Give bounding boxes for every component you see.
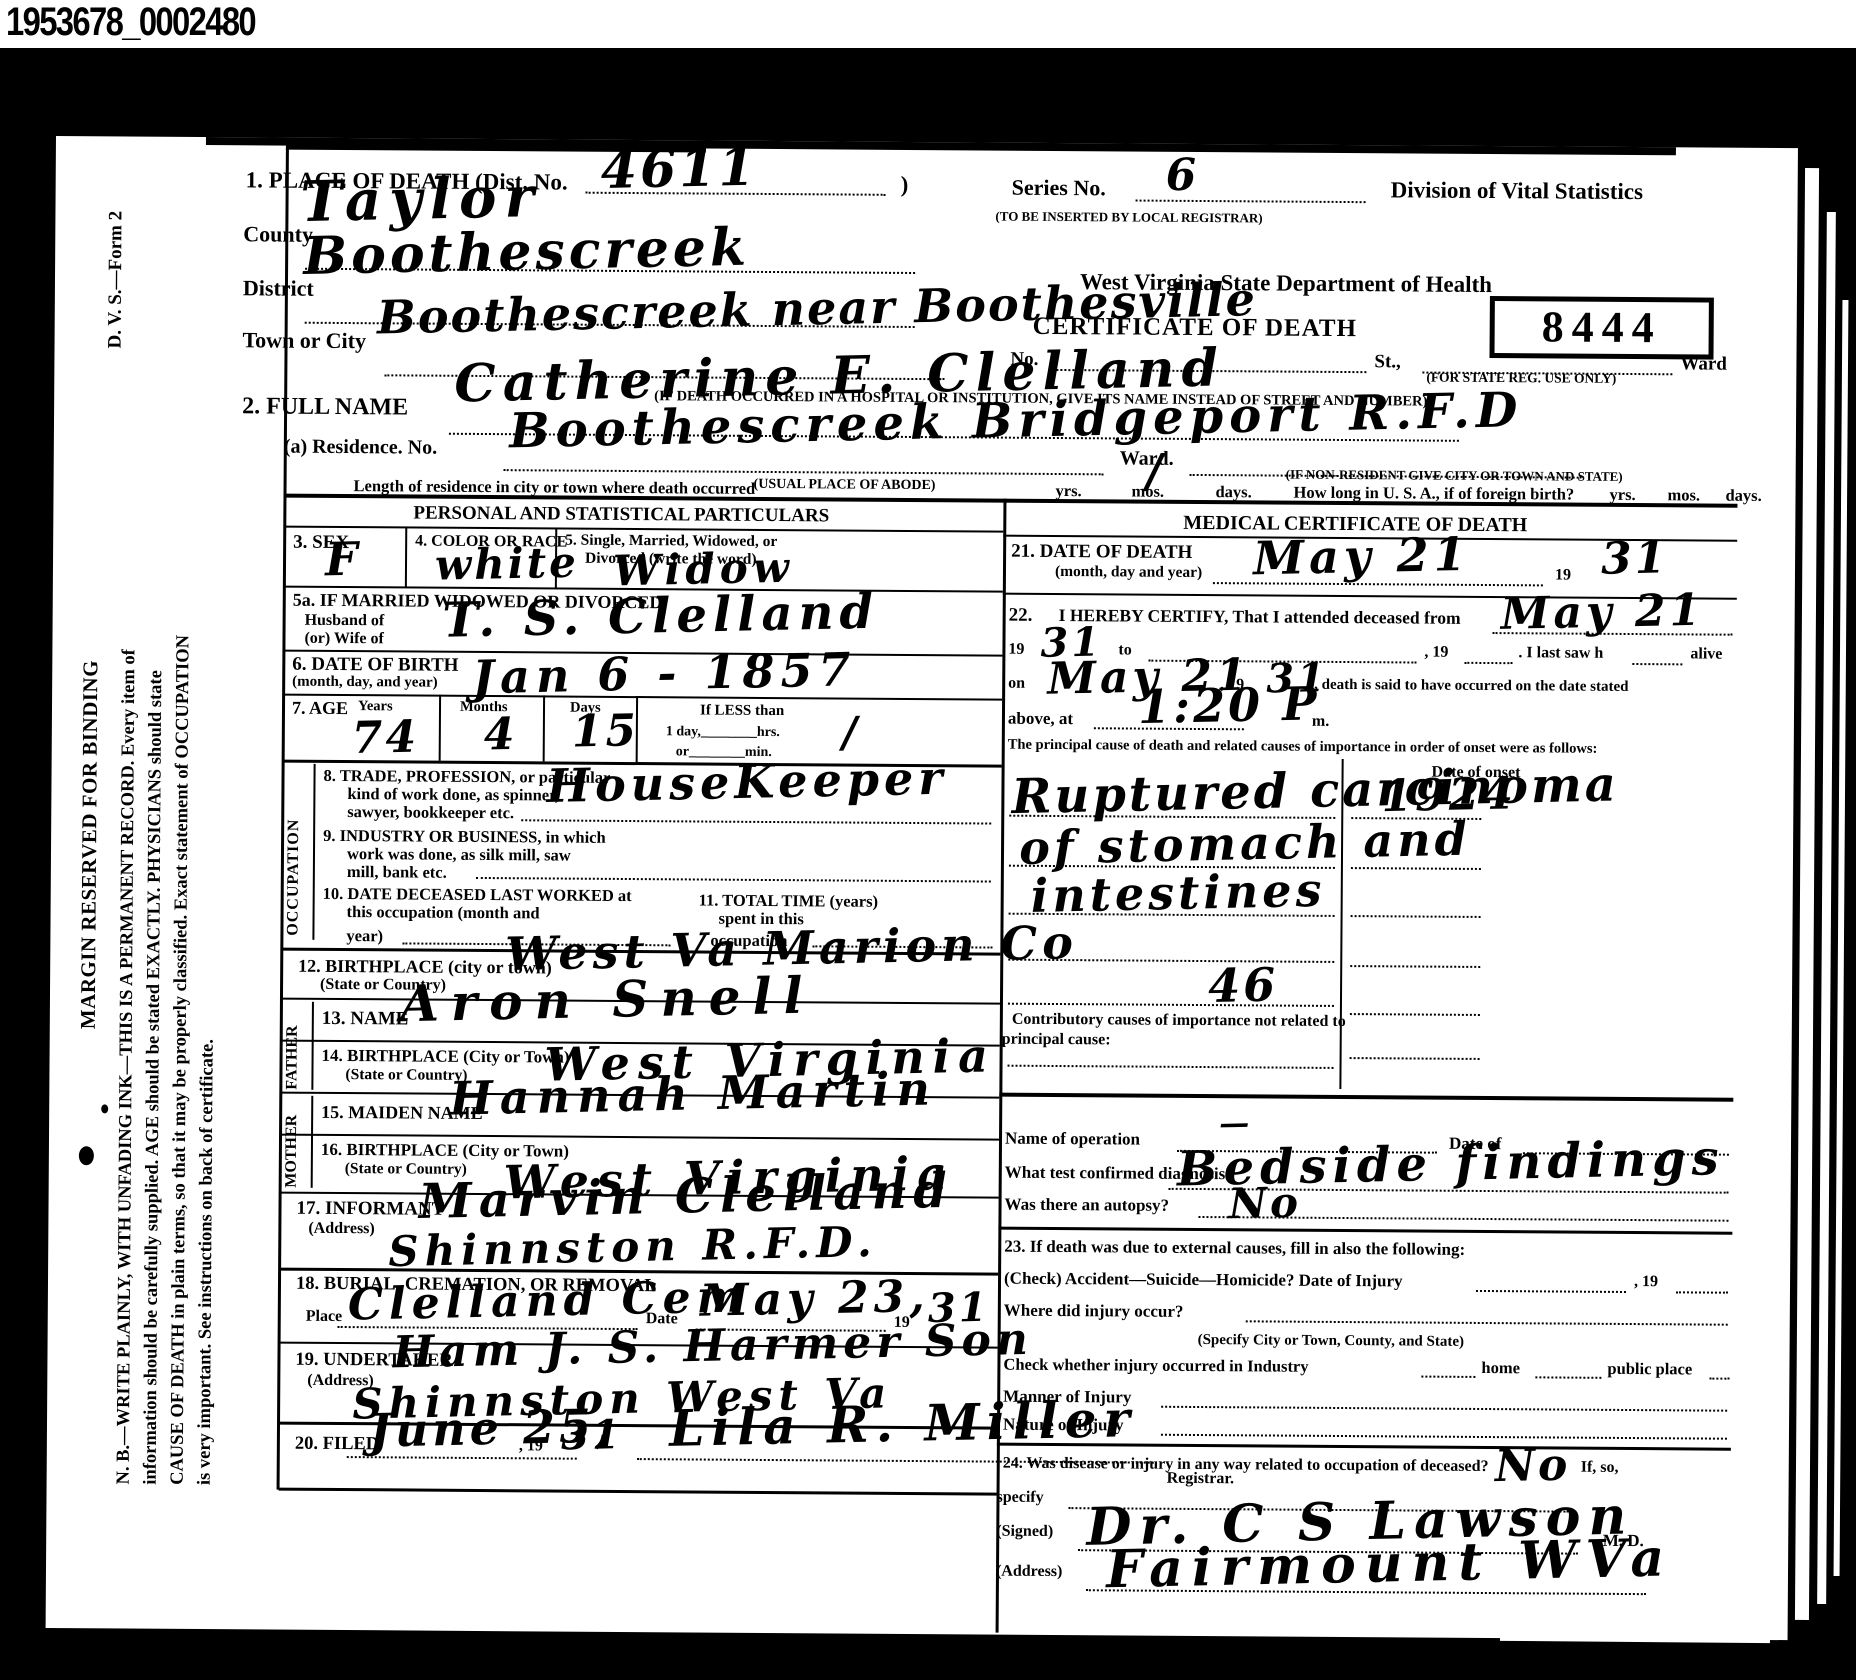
manner-label: Manner of Injury xyxy=(1003,1387,1131,1408)
father-side-label: FATHER xyxy=(283,1002,302,1090)
time-of-death-value: 1:20 P xyxy=(1138,676,1321,734)
last-saw-label: . I last saw h xyxy=(1518,644,1603,663)
slash-mark: / xyxy=(841,707,860,756)
public-place-label: public place xyxy=(1607,1359,1692,1380)
m-label: m. xyxy=(1312,713,1329,731)
paren: ) xyxy=(901,172,909,198)
industry-label: Check whether injury occurred in Industr… xyxy=(1003,1355,1308,1377)
ward-label: Ward xyxy=(1680,353,1727,375)
ruled-line xyxy=(1351,867,1481,870)
contributory-label-1: Contributory causes of importance not re… xyxy=(1012,1011,1346,1031)
autopsy-label: Was there an autopsy? xyxy=(1004,1195,1169,1216)
rule xyxy=(439,695,441,761)
father-name-value: Aron Snell xyxy=(399,966,815,1034)
ruled-line xyxy=(1008,1003,1334,1007)
ink-blot xyxy=(101,1104,108,1113)
yrs-label: yrs. xyxy=(1055,481,1081,501)
scan-id: 1953678_0002480 xyxy=(6,0,255,45)
date-of-death-value: May 21 xyxy=(1253,527,1472,586)
ruled-line xyxy=(521,819,991,824)
burial-place-label: Place xyxy=(306,1308,343,1326)
rule xyxy=(311,1002,314,1090)
above-at-label: above, at xyxy=(1008,709,1073,729)
if-so-label: If, so, xyxy=(1581,1459,1619,1477)
scan-header-strip: 1953678_0002480 xyxy=(0,0,1856,48)
autopsy-value: No xyxy=(1228,1178,1301,1229)
f24-label: 24. Was disease or injury in any way rel… xyxy=(1003,1455,1489,1476)
ruled-line xyxy=(504,469,1104,475)
series-no-value: 6 xyxy=(1165,150,1200,202)
to-19-label: , 19 xyxy=(1424,644,1448,662)
f9-label-3: mill, bank etc. xyxy=(347,862,447,883)
f8-label-3: sawyer, bookkeeper etc. xyxy=(347,802,514,823)
principal-cause-label: The principal cause of death and related… xyxy=(1008,737,1598,758)
rule xyxy=(543,695,545,761)
age-label: 7. AGE xyxy=(292,698,348,719)
personal-title: PERSONAL AND STATISTICAL PARTICULARS xyxy=(413,503,829,528)
ruled-line xyxy=(1136,200,1366,204)
rule xyxy=(405,526,407,586)
days-value: 15 xyxy=(571,705,639,757)
rule xyxy=(279,1488,997,1496)
sheet-edge xyxy=(1795,168,1819,1620)
specify-city-note: (Specify City or Town, County, and State… xyxy=(1198,1332,1465,1351)
signed-label: (Signed) xyxy=(996,1523,1053,1541)
occupation-side-label: OCCUPATION xyxy=(284,766,303,936)
f10-label-3: year) xyxy=(346,926,383,946)
nature-label: Nature of Injury xyxy=(1003,1415,1124,1436)
scanned-death-certificate: { "scan_id": "1953678_0002480", "margin"… xyxy=(0,0,1856,1680)
f13-label: 13. NAME xyxy=(322,1008,409,1031)
f10-label-2: this occupation (month and xyxy=(347,902,540,923)
ruled-line xyxy=(1464,662,1512,664)
mother-maiden-name-value: Hannah Martin xyxy=(449,1061,938,1125)
rule xyxy=(555,527,557,587)
full-name-label: 2. FULL NAME xyxy=(242,393,408,421)
series-note: (TO BE INSERTED BY LOCAL REGISTRAR) xyxy=(995,209,1262,227)
ruled-line xyxy=(1476,1290,1626,1293)
filed-19-label: , 19 xyxy=(519,1437,543,1455)
certificate-paper: D. V. S.—Form 2 MARGIN RESERVED FOR BIND… xyxy=(46,136,1798,1640)
residence-label: (a) Residence. No. xyxy=(284,436,437,460)
mos-label: mos. xyxy=(1667,485,1700,505)
ruled-line xyxy=(1676,1291,1728,1293)
days-label: days. xyxy=(1725,486,1761,506)
informant-address-value: Shinnston R.F.D. xyxy=(388,1217,878,1276)
f21-sublabel: (month, day and year) xyxy=(1055,563,1202,582)
dob-sublabel: (month, day, and year) xyxy=(292,674,438,692)
ruled-line xyxy=(1632,663,1682,665)
if-less-label-1: If LESS than xyxy=(700,703,784,721)
series-no-label: Series No. xyxy=(1012,175,1106,202)
trade-value: HouseKeeper xyxy=(546,751,948,813)
years-value: 74 xyxy=(351,712,419,764)
slash-mark: / xyxy=(1145,443,1166,497)
rule xyxy=(999,1093,1733,1102)
sheet-edge xyxy=(1817,212,1836,1604)
sex-value: F xyxy=(324,532,361,587)
check-label: (Check) Accident—Suicide—Homicide? Date … xyxy=(1004,1269,1403,1292)
rule xyxy=(998,1227,1732,1235)
alive-label: alive xyxy=(1690,645,1722,663)
rule xyxy=(312,764,315,940)
f14-label-1: 14. BIRTHPLACE (City or Town) xyxy=(322,1046,570,1068)
ruled-line xyxy=(1350,965,1480,968)
husband-of-label: Husband of xyxy=(305,612,385,631)
town-label: Town or City xyxy=(242,327,366,354)
ruled-line xyxy=(1350,1057,1480,1060)
ruled-line xyxy=(1161,1406,1727,1412)
f23-label: 23. If death was due to external causes,… xyxy=(1004,1237,1465,1260)
operation-label: Name of operation xyxy=(1005,1129,1140,1150)
f17-address-label: (Address) xyxy=(308,1220,374,1238)
usa-label: How long in U. S. A., if of foreign birt… xyxy=(1293,483,1574,505)
f21-label: 21. DATE OF DEATH xyxy=(1011,541,1192,564)
ink-blot xyxy=(79,1146,94,1165)
from-19-label: 19 xyxy=(1008,641,1024,659)
abode-note: (USUAL PLACE OF ABODE) xyxy=(754,477,936,494)
sheet-edge xyxy=(1834,300,1849,1576)
wife-of-label: (or) Wife of xyxy=(304,630,384,649)
yrs-label: yrs. xyxy=(1609,485,1635,505)
ruled-line xyxy=(1350,1013,1480,1016)
dod-year-value: 31 xyxy=(1601,532,1669,584)
f20-label: 20. FILED xyxy=(295,1434,379,1456)
operation-dash-value: — xyxy=(1219,1106,1253,1142)
filed-year-value: 31 xyxy=(560,1411,623,1459)
f22-number: 22. xyxy=(1009,605,1033,627)
dod-19-label: 19 xyxy=(1555,566,1571,584)
ruled-line xyxy=(1535,1376,1601,1378)
district-value: Boothescreek xyxy=(303,217,751,287)
home-label: home xyxy=(1481,1358,1520,1378)
spouse-value: T. S. Clelland xyxy=(442,584,879,649)
st-label: St., xyxy=(1374,351,1401,373)
contributory-label-2: principal cause: xyxy=(1002,1031,1111,1050)
length-residence-label: Length of residence in city or town wher… xyxy=(353,476,755,499)
ruled-line xyxy=(1161,1434,1727,1440)
ruled-line xyxy=(1351,915,1481,918)
binding-margin-label: MARGIN RESERVED FOR BINDING xyxy=(76,524,105,1029)
division-label: Division of Vital Statistics xyxy=(1391,177,1644,205)
days-label: days. xyxy=(1215,482,1251,502)
where-injury-label: Where did injury occur? xyxy=(1004,1301,1184,1322)
ruled-line xyxy=(1246,1320,1728,1325)
ruled-line xyxy=(1709,1378,1729,1380)
certify-label: I HEREBY CERTIFY, That I attended deceas… xyxy=(1059,605,1461,629)
race-value: white xyxy=(435,538,580,590)
if-less-label-2: 1 day,________hrs. xyxy=(666,724,780,741)
ruled-line xyxy=(1421,1376,1475,1378)
nb-instructions: N. B.—WRITE PLAINLY, WITH UNFADING INK—T… xyxy=(111,314,227,1485)
f24-value: No xyxy=(1494,1440,1571,1493)
mother-side-label: MOTHER xyxy=(283,1096,302,1188)
ruled-line xyxy=(476,877,991,883)
injury-19-label: , 19 xyxy=(1634,1273,1658,1291)
registration-number: 8444 xyxy=(1489,296,1713,360)
ruled-line xyxy=(1008,1065,1334,1069)
specify-label: specify xyxy=(996,1489,1043,1507)
on-label: on xyxy=(1008,675,1025,693)
months-value: 4 xyxy=(483,709,518,761)
rule xyxy=(311,1096,314,1188)
ruled-line xyxy=(347,1456,577,1460)
address-label: (Address) xyxy=(996,1563,1062,1581)
said-to-label: , death is said to have occurred on the … xyxy=(1314,677,1628,696)
